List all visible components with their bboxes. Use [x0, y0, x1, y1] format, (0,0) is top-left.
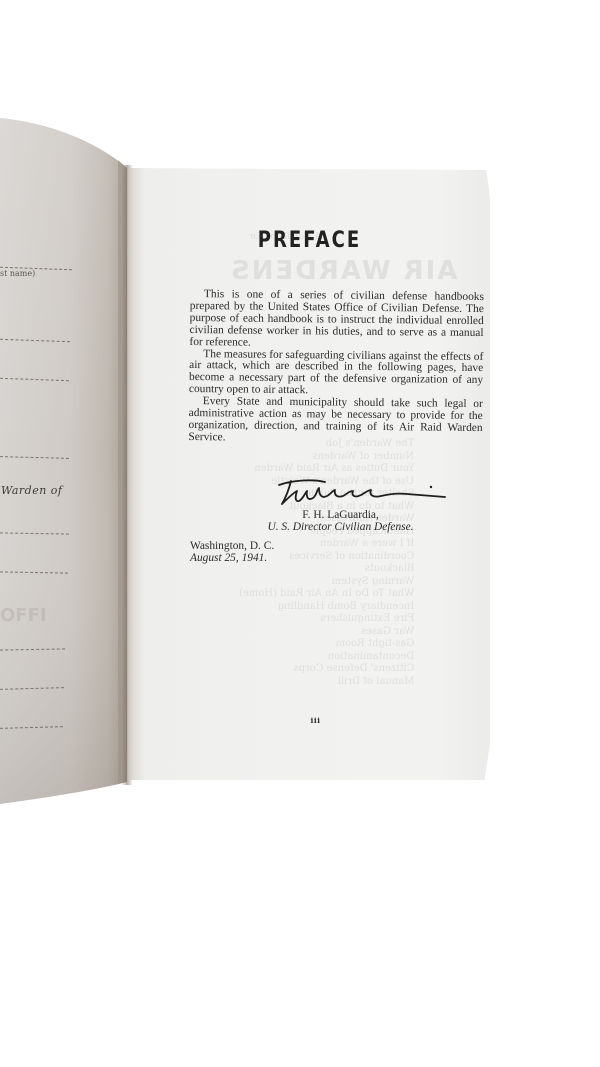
place: Washington, D. C. [190, 540, 274, 552]
date: August 25, 1941. [190, 552, 267, 564]
signature-icon [273, 475, 453, 509]
bleed-through-ghost: OFFI [0, 605, 47, 626]
right-page: A Handbook for AIR WARDENS The Warden's … [129, 168, 490, 780]
signatory-title: U. S. Director Civilian Defense. [129, 521, 490, 533]
page-title: PREFACE [161, 228, 457, 253]
page-number: iii [129, 716, 490, 725]
signatory-name: F. H. LaGuardia, [129, 509, 490, 521]
preface-body: This is one of a series of civilian defe… [188, 289, 484, 447]
last-name-caption: st name) [0, 269, 35, 278]
paragraph: Every State and municipality should take… [188, 396, 482, 447]
paragraph: The measures for safeguarding civilians … [189, 349, 483, 400]
bleed-through-title: AIR WARDENS [229, 256, 457, 286]
paragraph: This is one of a series of civilian defe… [189, 289, 484, 352]
warden-of-caption: Warden of [1, 484, 63, 497]
